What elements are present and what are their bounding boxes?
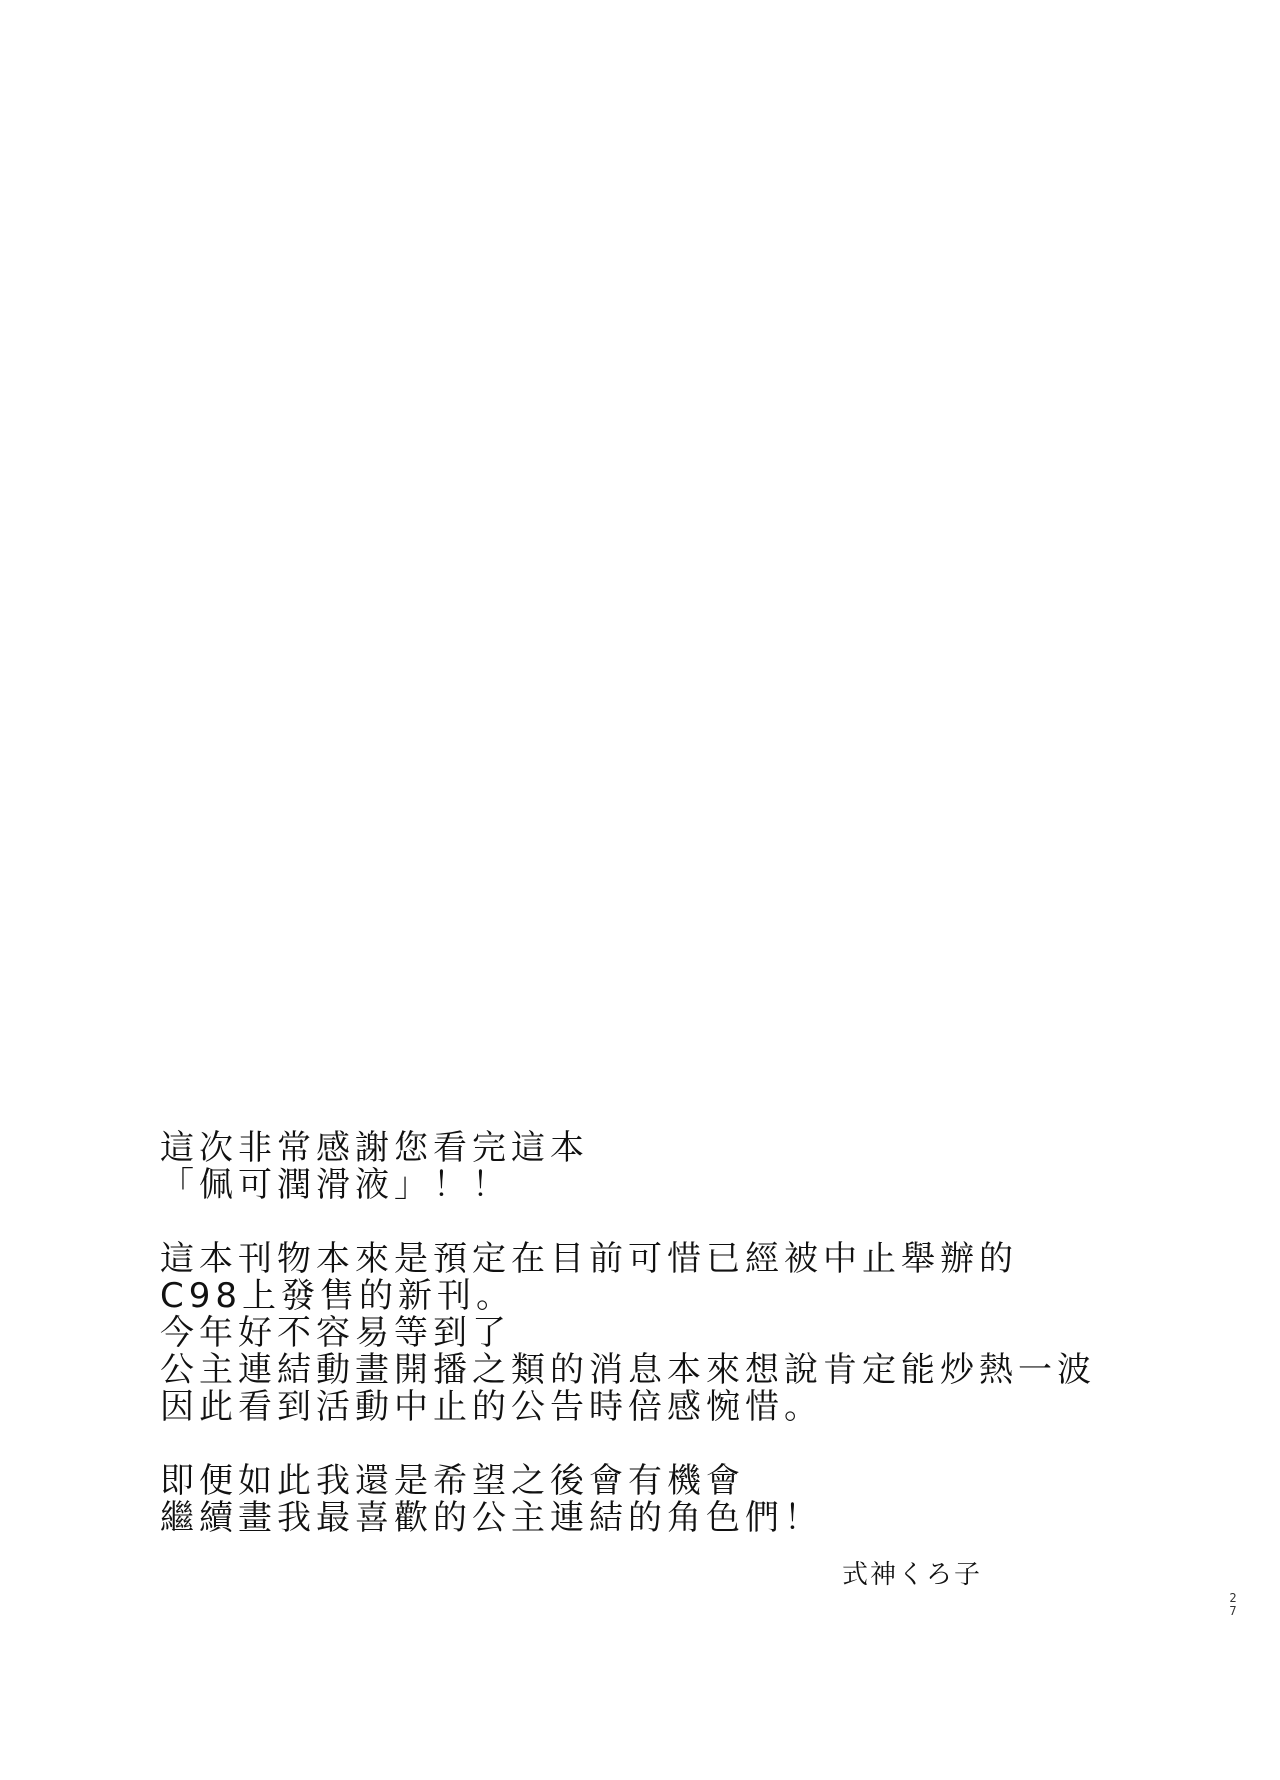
afterword-line: 公主連結動畫開播之類的消息本來想說肯定能炒熱一波: [160, 1352, 1096, 1389]
afterword-line: 這本刊物本來是預定在目前可惜已經被中止舉辦的: [160, 1241, 1096, 1278]
afterword-line: 因此看到活動中止的公告時倍感惋惜。: [160, 1389, 1096, 1426]
afterword-line: 即便如此我還是希望之後會有機會: [160, 1463, 1096, 1500]
page-number-digit: 7: [1226, 1605, 1240, 1618]
afterword-line: C98上發售的新刊。: [160, 1278, 1096, 1315]
afterword-paragraph-hope: 即便如此我還是希望之後會有機會 繼續畫我最喜歡的公主連結的角色們！: [160, 1463, 1096, 1537]
author-signature: 式神くろ子: [842, 1558, 982, 1592]
afterword-line: 繼續畫我最喜歡的公主連結的角色們！: [160, 1500, 1096, 1537]
afterword-line: 這次非常感謝您看完這本: [160, 1130, 1096, 1167]
afterword-line: 今年好不容易等到了: [160, 1315, 1096, 1352]
page-number: 2 7: [1226, 1592, 1240, 1618]
afterword-paragraph-thanks: 這次非常感謝您看完這本 「佩可潤滑液」！！: [160, 1130, 1096, 1204]
afterword-text: 這次非常感謝您看完這本 「佩可潤滑液」！！ 這本刊物本來是預定在目前可惜已經被中…: [160, 1130, 1096, 1537]
manga-page: 這次非常感謝您看完這本 「佩可潤滑液」！！ 這本刊物本來是預定在目前可惜已經被中…: [0, 0, 1280, 1780]
afterword-line-title: 「佩可潤滑液」！！: [160, 1167, 1096, 1204]
afterword-paragraph-c98: 這本刊物本來是預定在目前可惜已經被中止舉辦的 C98上發售的新刊。 今年好不容易…: [160, 1241, 1096, 1426]
